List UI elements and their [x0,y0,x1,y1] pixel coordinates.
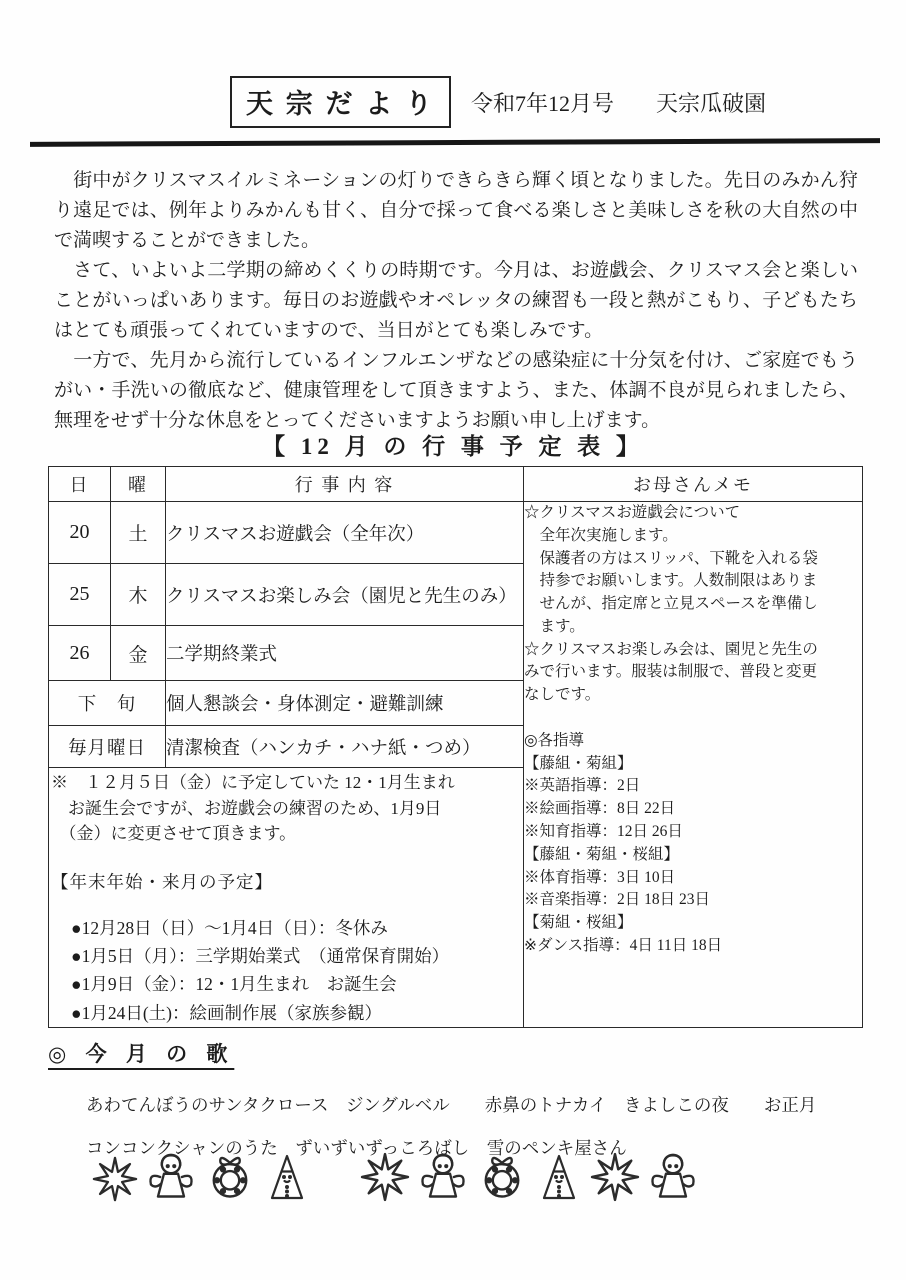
songs-section: ◎ 今 月 の 歌 あわてんぼうのサンタクロース ジングルベル 赤鼻のトナカイ … [48,1038,868,1160]
yearend-heading: 【年末年始・来月の予定】 [51,869,523,894]
notes-cell: ※ １２月５日（金）に予定していた 12・1月生まれ お誕生会ですが、お遊戯会の… [49,768,524,1028]
event-weekday: 土 [111,502,166,564]
intro-paragraph: 街中がクリスマスイルミネーションの灯りできらきら輝く頃となりました。先日のみかん… [54,166,858,256]
schedule-table: 日 曜 行 事 内 容 お母さんメモ 20 土 クリスマスお遊戯会（全年次） ☆… [48,466,863,1028]
wreath-icon [204,1150,256,1204]
angel-icon [647,1150,699,1204]
yearend-item: ●1月24日(土)：絵画制作展（家族参観） [71,999,523,1027]
organization-name: 天宗瓜破園 [656,87,766,118]
header-divider [30,138,880,147]
event-name: 清潔検査（ハンカチ・ハナ紙・つめ） [166,726,524,768]
header: 天 宗 だ よ り 令和7年12月号 天宗瓜破園 [230,76,766,128]
column-header-event: 行 事 内 容 [166,467,524,502]
column-header-day: 日 [49,467,111,502]
event-period: 下 旬 [49,681,166,726]
intro-paragraph: さて、いよいよ二学期の締めくくりの時期です。今月は、お遊戯会、クリスマス会と楽し… [54,256,858,346]
wreath-icon [476,1150,528,1204]
mothers-memo: ☆クリスマスお遊戯会について 全年次実施します。 保護者の方はスリッパ、下靴を入… [524,502,863,1028]
newsletter-title: 天 宗 だ よ り [230,76,451,128]
issue-label: 令和7年12月号 [471,87,614,118]
event-period: 毎月曜日 [49,726,166,768]
cone-snowman-icon [263,1150,311,1204]
event-day: 20 [49,502,111,564]
yearend-item: ●1月9日（金）：12・1月生まれ お誕生会 [71,970,523,998]
songs-heading: ◎ 今 月 の 歌 [48,1038,234,1068]
yearend-list: ●12月28日（日）～1月4日（日）：冬休み ●1月5日（月）：三学期始業式 （… [71,914,523,1027]
column-header-weekday: 曜 [111,467,166,502]
newsletter-page: 天 宗 だ よ り 令和7年12月号 天宗瓜破園 街中がクリスマスイルミネーショ… [0,0,906,1280]
event-weekday: 金 [111,626,166,681]
angel-icon [417,1150,469,1204]
event-name: 個人懇談会・身体測定・避難訓練 [166,681,524,726]
intro-text: 街中がクリスマスイルミネーションの灯りできらきら輝く頃となりました。先日のみかん… [54,166,858,436]
starburst-icon [360,1150,410,1204]
event-weekday: 木 [111,564,166,626]
schedule-heading: 【 12 月 の 行 事 予 定 表 】 [0,428,906,461]
event-day: 26 [49,626,111,681]
event-name: 二学期終業式 [166,626,524,681]
intro-paragraph: 一方で、先月から流行しているインフルエンザなどの感染症に十分気を付け、ご家庭でも… [54,346,858,436]
event-day: 25 [49,564,111,626]
angel-icon [145,1150,197,1204]
starburst-icon [92,1154,138,1204]
birthday-change-note: ※ １２月５日（金）に予定していた 12・1月生まれ お誕生会ですが、お遊戯会の… [51,770,523,847]
yearend-item: ●12月28日（日）～1月4日（日）：冬休み [71,914,523,942]
table-header-row: 日 曜 行 事 内 容 お母さんメモ [49,467,863,502]
song-list-line: あわてんぼうのサンタクロース ジングルベル 赤鼻のトナカイ きよしこの夜 お正月 [86,1092,868,1117]
table-row: 20 土 クリスマスお遊戯会（全年次） ☆クリスマスお遊戯会について 全年次実施… [49,502,863,564]
event-name: クリスマスお楽しみ会（園児と先生のみ） [166,564,524,626]
column-header-memo: お母さんメモ [524,467,863,502]
yearend-item: ●1月5日（月）：三学期始業式 （通常保育開始） [71,942,523,970]
cone-snowman-icon [535,1150,583,1204]
event-name: クリスマスお遊戯会（全年次） [166,502,524,564]
starburst-icon [590,1150,640,1204]
footer-decoration-row [92,1150,699,1204]
